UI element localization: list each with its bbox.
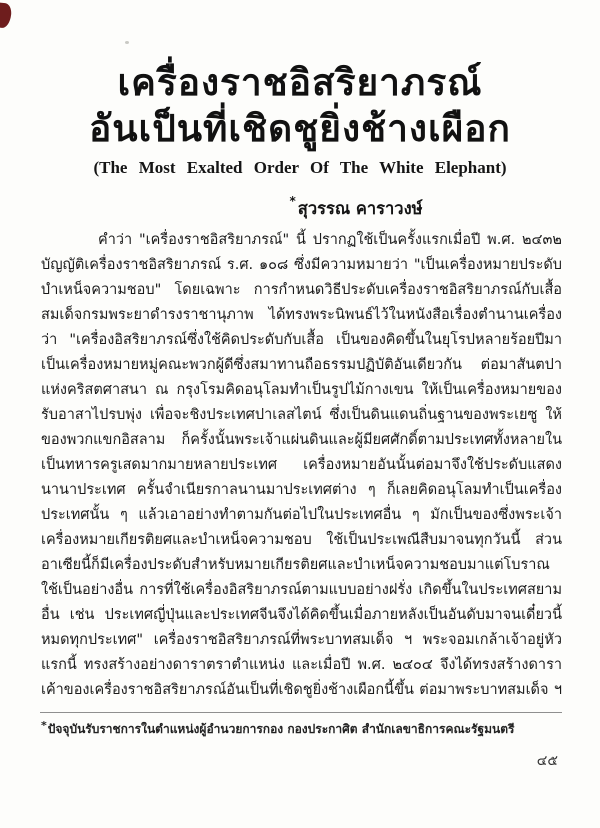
scanned-document-page: เครื่องราชอิสริยาภรณ์ อันเป็นที่เชิดชูยิ… [0, 0, 600, 828]
body-line: แห่งคริสตศาสนา ณ กรุงโรมคิดอนุโลมทำเป็นร… [41, 378, 562, 403]
body-line: อาเซียนี้ก็มีเครื่องประดับสำหรับหมายเกีย… [41, 553, 562, 578]
author-footnote-marker: * [289, 194, 295, 208]
title-english: (The Most Exalted Order Of The White Ele… [0, 158, 600, 178]
body-line: หมดทุกประเทศ" เครื่องราชอิสริยาภรณ์ที่พร… [41, 628, 562, 653]
body-line: เป็นเครื่องหมายหมู่คณะพวกผู้ดีซึ่งสมาทาน… [41, 353, 562, 378]
body-line: สมเด็จกรมพระยาดำรงราชานุภาพ ได้ทรงพระนิพ… [41, 303, 562, 328]
body-line: เครื่องหมายเกียรติยศและบำเหน็จความชอบ ใช… [41, 528, 562, 553]
body-line: ประเทศนั้น ๆ แล้วเอาอย่างทำตามกันต่อไปใน… [41, 503, 562, 528]
body-line: บำเหน็จความชอบ" โดยเฉพาะ การกำหนดวิธีประ… [41, 278, 562, 303]
author-line: *สุวรรณ คาราวงษ์ [56, 194, 600, 222]
body-line: นานาประเทศ ครั้นจำเนียรกาลนานมาประเทศต่า… [41, 478, 562, 503]
body-line: ใช้เป็นอย่างอื่น การที่ใช้เครื่องอิสริยา… [41, 578, 562, 603]
page-number: ๔๕ [537, 750, 558, 772]
author-name: สุวรรณ คาราวงษ์ [298, 199, 423, 218]
body-line: เค้าของเครื่องราชอิสริยาภรณ์อันเป็นที่เช… [41, 678, 562, 703]
footnote-marker: * [41, 719, 47, 732]
body-line: อื่น เช่น ประเทศญี่ปุ่นและประเทศจีนจึงได… [41, 603, 562, 628]
scan-speck [125, 41, 129, 44]
body-line: ของพวกแขกอิสลาม ก็ครั้งนั้นพระเจ้าแผ่นดิ… [41, 428, 562, 453]
body-line: เป็นทหารครูเสดมากมายหลายประเทศ เครื่องหม… [41, 453, 562, 478]
footnote-separator [40, 712, 562, 713]
body-line: คำว่า "เครื่องราชอิสริยาภรณ์" นี้ ปรากฏใ… [41, 228, 562, 253]
body-line: รับอาสาไปรบพุ่ง เพื่อจะชิงประเทศปาเลสไตน… [41, 403, 562, 428]
footnote-text: ปัจจุบันรับราชการในตำแหน่งผู้อำนวยการกอง… [48, 722, 515, 736]
footnote: *ปัจจุบันรับราชการในตำแหน่งผู้อำนวยการกอ… [41, 719, 562, 739]
body-paragraph: คำว่า "เครื่องราชอิสริยาภรณ์" นี้ ปรากฏใ… [41, 228, 562, 703]
body-line: แรกนี้ ทรงสร้างอย่างดาราตราตำแหน่ง และเม… [41, 653, 562, 678]
body-line: ว่า "เครื่องอิสริยาภรณ์ซึ่งใช้คิดประดับก… [41, 328, 562, 353]
title-thai-line1: เครื่องราชอิสริยาภรณ์ [0, 0, 600, 106]
body-line: บัญญัติเครื่องราชอิสริยาภรณ์ ร.ศ. ๑๐๘ ซึ… [41, 253, 562, 278]
title-thai-line2: อันเป็นที่เชิดชูยิ่งช้างเผือก [0, 106, 600, 152]
